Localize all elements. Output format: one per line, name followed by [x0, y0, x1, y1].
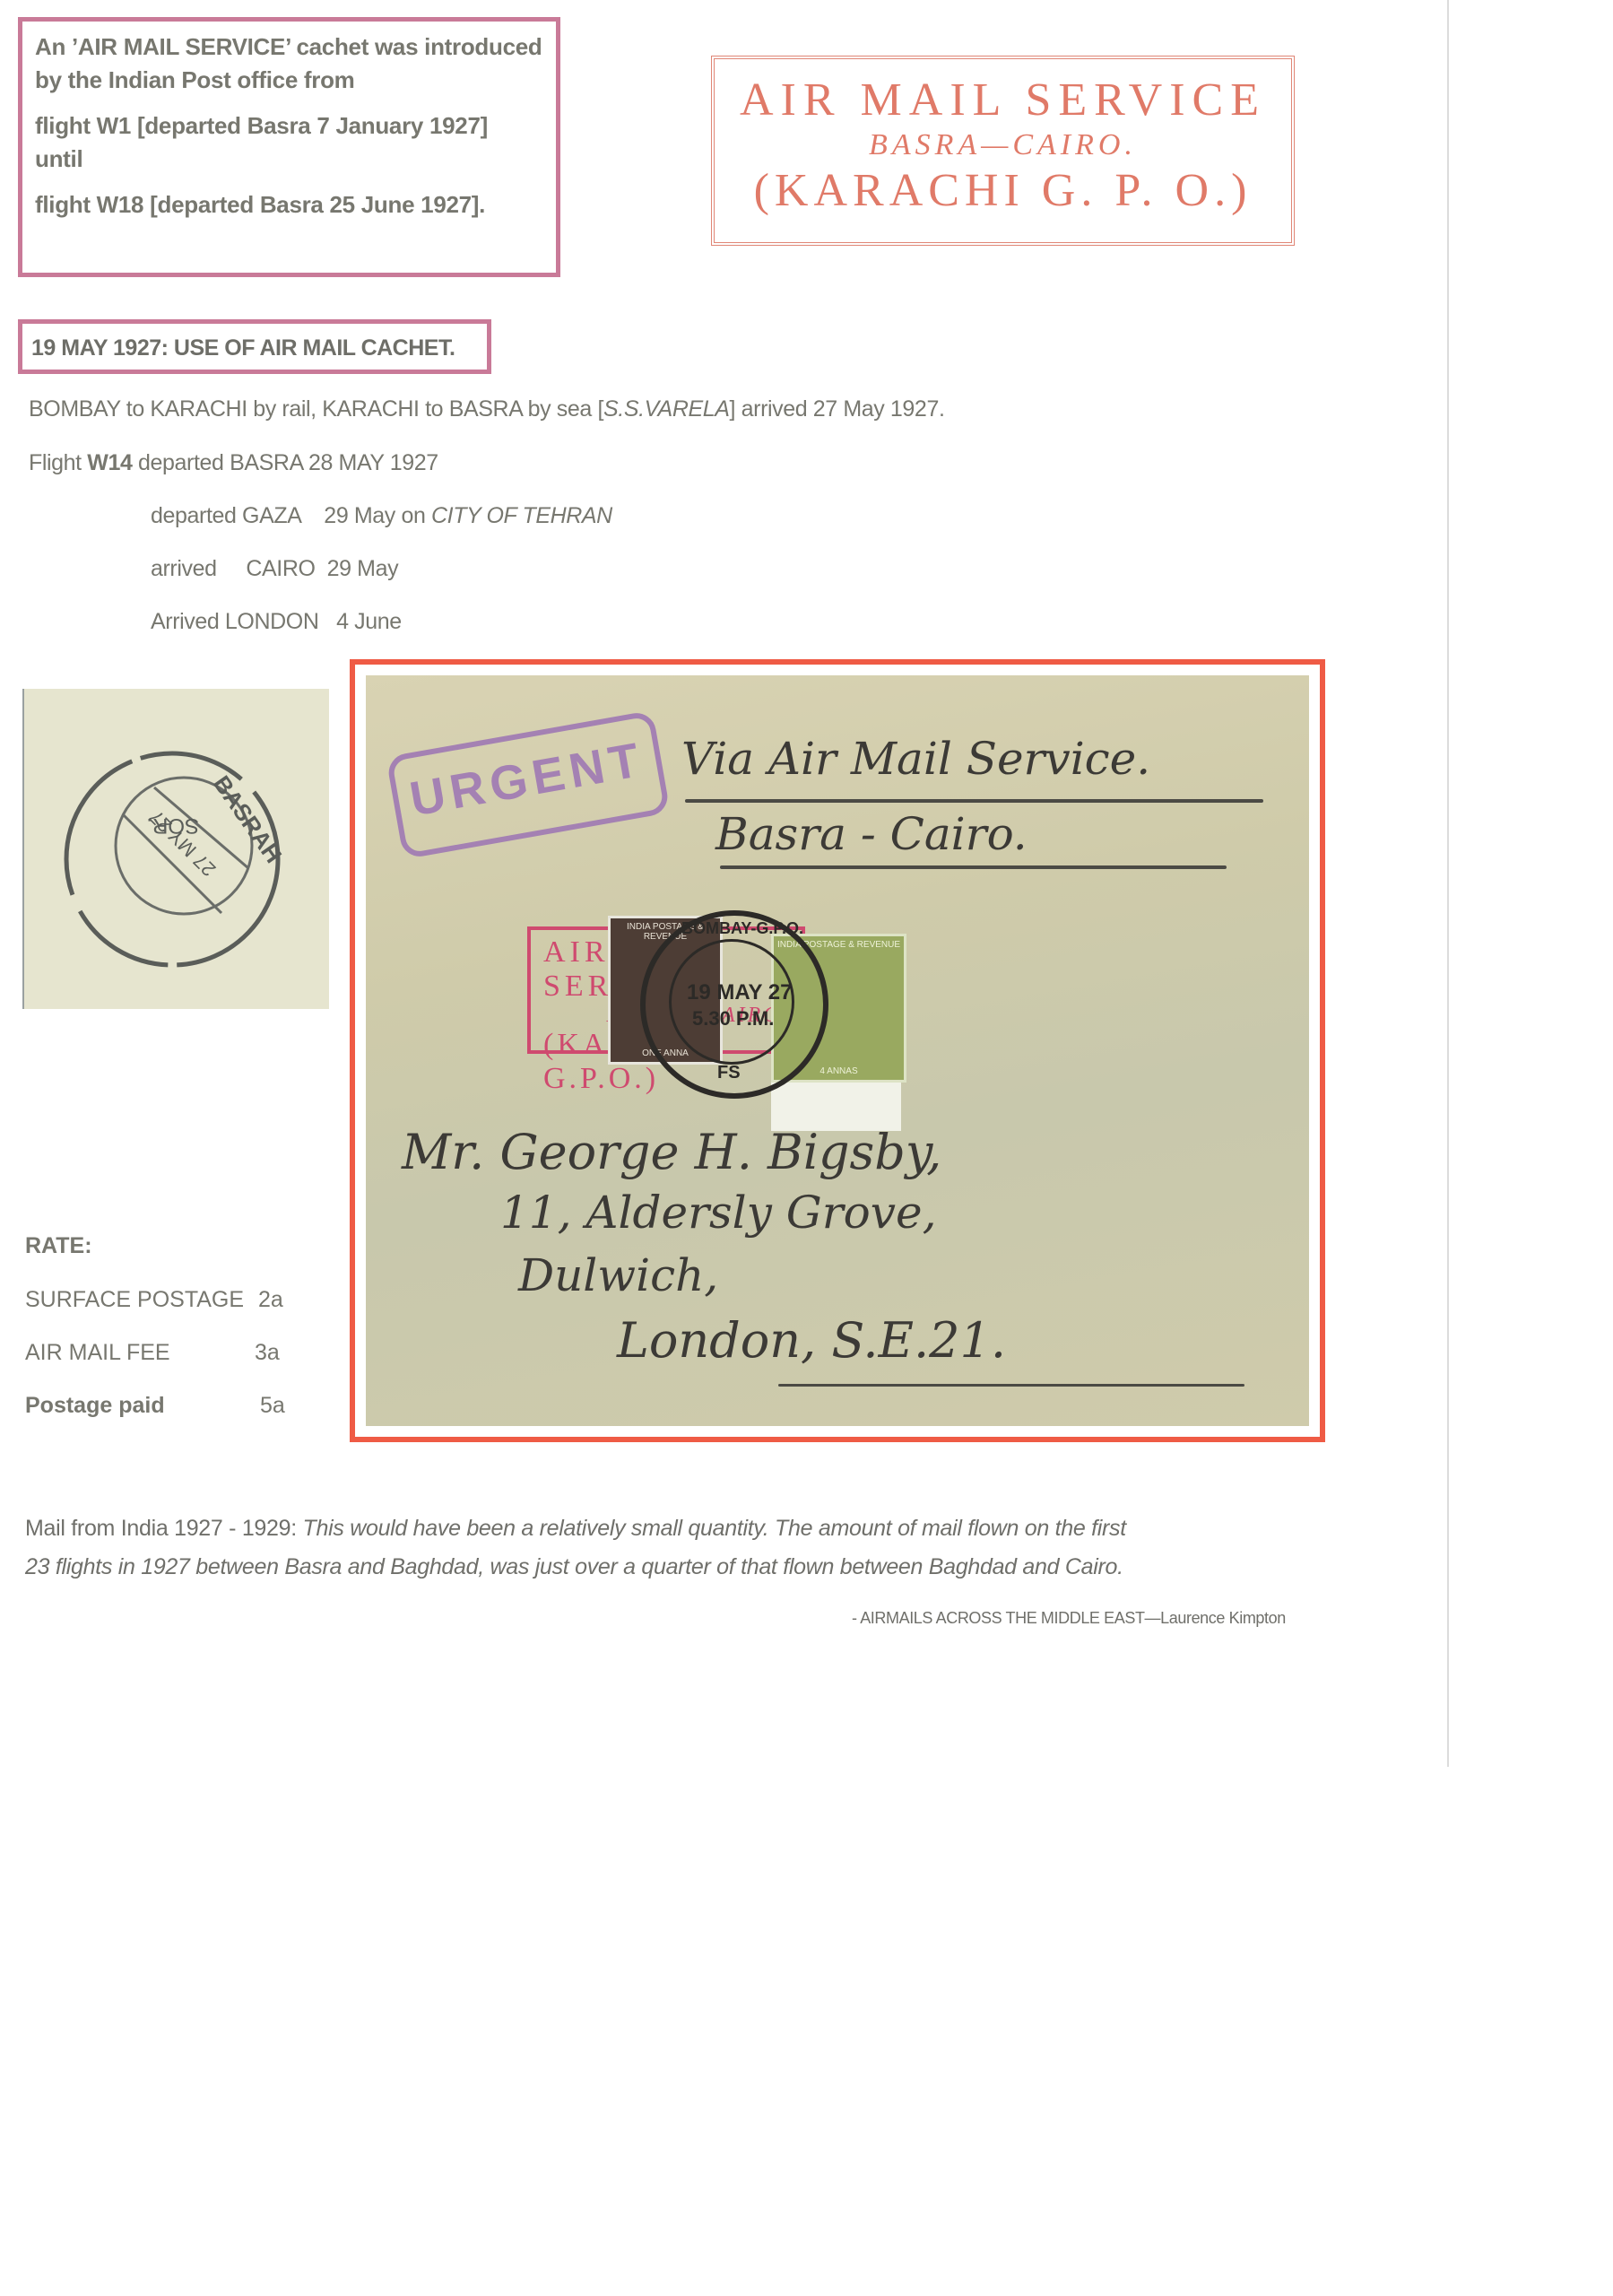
cachet-line-3: (KARACHI G. P. O.)	[715, 165, 1291, 217]
postmark-date: 19 MAY 27	[687, 980, 792, 1005]
address-line: Dulwich,	[518, 1249, 718, 1301]
endorsement-line-2: Basra - Cairo.	[715, 808, 1028, 860]
basrah-postmark-inset: BASRAH SOR. 27 MY 27	[22, 689, 329, 1009]
route-line-3: departed GAZA 29 May on CITY OF TEHRAN	[151, 503, 612, 529]
page-edge-line	[1447, 0, 1449, 1767]
aircraft-name: CITY OF TEHRAN	[431, 503, 612, 528]
intro-line: An ’AIR MAIL SERVICE’ cachet was introdu…	[35, 30, 543, 64]
svg-text:BASRAH: BASRAH	[208, 770, 287, 867]
air-mail-cachet-illustration: AIR MAIL SERVICE BASRA—CAIRO. (KARACHI G…	[711, 56, 1295, 246]
route-text: ] arrived 27 May 1927.	[730, 396, 945, 422]
underline	[685, 799, 1263, 803]
postmark-town: BOMBAY-G.P.O.	[681, 919, 803, 938]
envelope-frame: URGENT Via Air Mail Service. Basra - Cai…	[350, 659, 1325, 1442]
ship-name: S.S.VARELA	[603, 396, 730, 422]
intro-line: until	[35, 143, 543, 176]
intro-line: by the Indian Post office from	[35, 64, 543, 97]
bombay-postmark: BOMBAY-G.P.O. 19 MAY 27 5.30 P.M. FS	[640, 910, 828, 1099]
cachet-line-2: BASRA—CAIRO.	[715, 126, 1291, 165]
caption-credit: - AIRMAILS ACROSS THE MIDDLE EAST—Lauren…	[852, 1609, 1286, 1628]
route-text: BOMBAY to KARACHI by rail, KARACHI to BA…	[29, 396, 603, 422]
caption-prefix: Mail from India 1927 - 1929:	[25, 1516, 303, 1541]
postmark-icon: BASRAH SOR. 27 MY 27	[24, 689, 329, 1009]
flight-number: W14	[87, 450, 132, 475]
rate-value: 2a	[258, 1287, 283, 1313]
route-line-4: arrived CAIRO 29 May	[151, 556, 398, 582]
route-line-1: BOMBAY to KARACHI by rail, KARACHI to BA…	[29, 396, 945, 422]
postmark-time: 5.30 P.M.	[692, 1007, 774, 1031]
endorsement-line-1: Via Air Mail Service.	[681, 733, 1150, 785]
address-line: 11, Aldersly Grove,	[500, 1187, 936, 1239]
rate-label: AIR MAIL FEE	[25, 1340, 170, 1366]
section-heading: 19 MAY 1927: USE OF AIR MAIL CACHET.	[18, 319, 491, 374]
intro-note-box: An ’AIR MAIL SERVICE’ cachet was introdu…	[18, 17, 560, 277]
envelope-cover: URGENT Via Air Mail Service. Basra - Cai…	[366, 675, 1309, 1426]
rate-value: 5a	[260, 1393, 285, 1419]
rate-value: 3a	[255, 1340, 280, 1366]
rate-title: RATE:	[25, 1233, 92, 1259]
urgent-cachet: URGENT	[386, 710, 671, 860]
rate-total-label: Postage paid	[25, 1393, 165, 1418]
intro-line: flight W1 [departed Basra 7 January 1927…	[35, 109, 543, 143]
rate-label: Postage paid	[25, 1393, 165, 1419]
caption-line-2: 23 flights in 1927 between Basra and Bag…	[25, 1554, 1123, 1580]
route-text: departed BASRA 28 MAY 1927	[133, 450, 438, 475]
underline	[720, 865, 1227, 869]
cachet-line-1: AIR MAIL SERVICE	[715, 75, 1291, 126]
caption-quote: This would have been a relatively small …	[303, 1516, 1126, 1541]
caption-quote: 23 flights in 1927 between Basra and Bag…	[25, 1554, 1123, 1579]
intro-line: flight W18 [departed Basra 25 June 1927]…	[35, 188, 543, 222]
route-line-5: Arrived LONDON 4 June	[151, 609, 402, 635]
address-line: Mr. George H. Bigsby,	[402, 1124, 941, 1180]
route-text: Flight	[29, 450, 87, 475]
address-line: London, S.E.21.	[617, 1312, 1006, 1369]
caption-line-1: Mail from India 1927 - 1929: This would …	[25, 1516, 1126, 1542]
rate-label: SURFACE POSTAGE	[25, 1287, 244, 1313]
underline	[778, 1384, 1244, 1387]
route-line-2: Flight W14 departed BASRA 28 MAY 1927	[29, 450, 438, 476]
route-text: departed GAZA 29 May on	[151, 503, 431, 528]
postmark-code: FS	[717, 1063, 741, 1083]
